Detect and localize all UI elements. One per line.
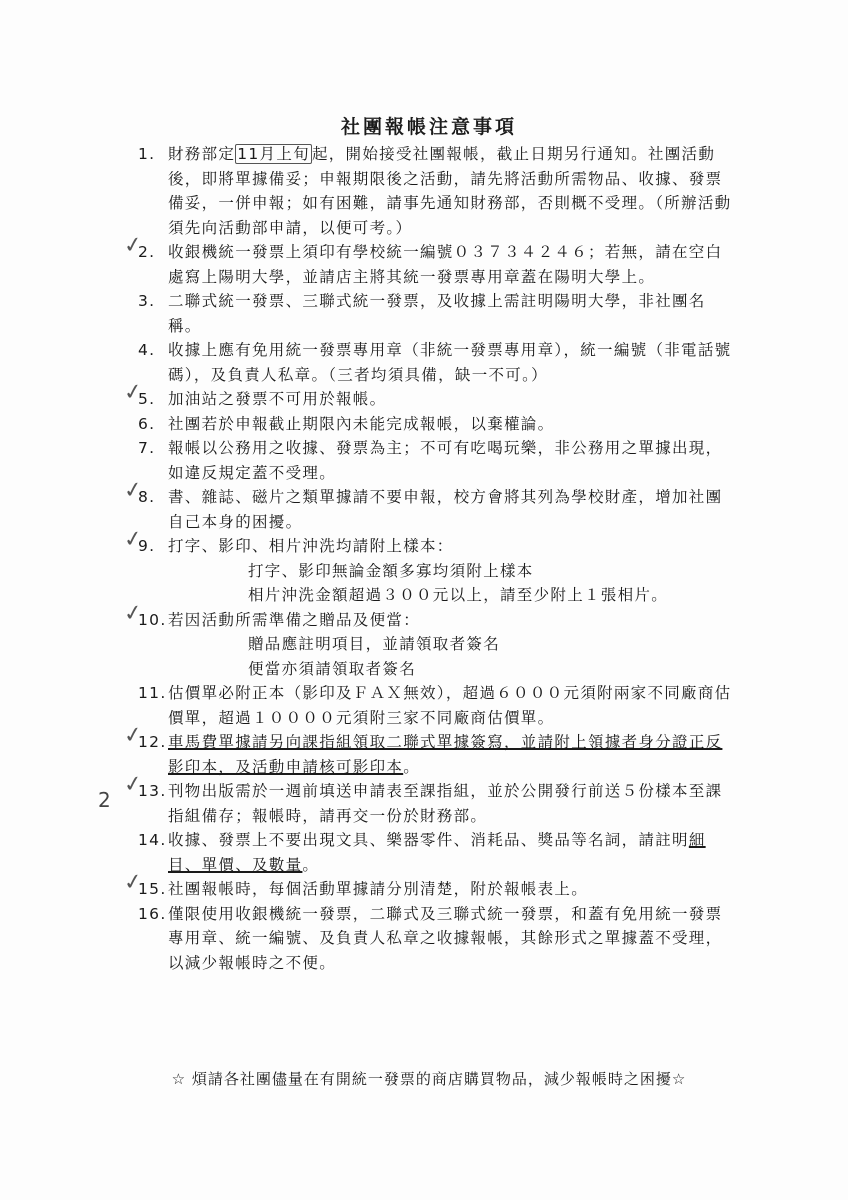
- item-text: 若因活動所需準備之贈品及便當：: [168, 611, 420, 629]
- list-item: ✓ 15. 社團報帳時，每個活動單據請分別清楚，附於報帳表上。: [138, 877, 738, 902]
- list-item: 3. 二聯式統一發票、三聯式統一發票，及收據上需註明陽明大學，非社團名稱。: [138, 289, 738, 338]
- item-number: 10.: [138, 608, 166, 633]
- list-item: 1. 財務部定11月上旬起，開始接受社團報帳，截止日期另行通知。社團活動後，即將…: [138, 142, 738, 240]
- item-number: 12.: [138, 730, 166, 755]
- item-text: 加油站之發票不可用於報帳。: [168, 390, 386, 408]
- list-item: ✓ 5. 加油站之發票不可用於報帳。: [138, 387, 738, 412]
- item-text: 僅限使用收銀機統一發票，二聯式及三聯式統一發票，和蓋有免用統一發票專用章、統一編…: [168, 905, 722, 972]
- item-number: 5.: [138, 387, 166, 412]
- list-item: ✓ 8. 書、雜誌、磁片之類單據請不要申報，校方會將其列為學校財產，增加社團自己…: [138, 485, 738, 534]
- item-number: 6.: [138, 412, 166, 437]
- boxed-date-highlight: 11月上旬: [235, 144, 312, 164]
- item-text: 收據上應有免用統一發票專用章（非統一發票專用章），統一編號（非電話號碼），及負責…: [168, 341, 731, 384]
- list-item: ✓ 9. 打字、影印、相片沖洗均請附上樣本： 打字、影印無論金額多寡均須附上樣本…: [138, 534, 738, 608]
- rules-list: 1. 財務部定11月上旬起，開始接受社團報帳，截止日期另行通知。社團活動後，即將…: [138, 142, 738, 975]
- list-item: 16. 僅限使用收銀機統一發票，二聯式及三聯式統一發票，和蓋有免用統一發票專用章…: [138, 902, 738, 976]
- item-number: 7.: [138, 436, 166, 461]
- item-number: 1.: [138, 142, 166, 167]
- item-number: 15.: [138, 877, 166, 902]
- item-text: 。: [302, 856, 319, 874]
- item-text: 收銀機統一發票上須印有學校統一編號０３７３４２４６；若無，請在空白處寫上陽明大學…: [168, 243, 722, 286]
- item-number: 16.: [138, 902, 166, 927]
- item-number: 9.: [138, 534, 166, 559]
- list-item: 14. 收據、發票上不要出現文具、樂器零件、消耗品、獎品等名詞，請註明細目、單價…: [138, 828, 738, 877]
- list-item: ✓ 10. 若因活動所需準備之贈品及便當： 贈品應註明項目，並請領取者簽名 便當…: [138, 608, 738, 682]
- sub-item: 相片沖洗金額超過３００元以上，請至少附上１張相片。: [168, 583, 738, 608]
- item-text: 社團若於申報截止期限內未能完成報帳，以棄權論。: [168, 415, 554, 433]
- item-number: 14.: [138, 828, 166, 853]
- item-text: 財務部定: [168, 145, 235, 163]
- document-title: 社團報帳注意事項: [0, 112, 848, 139]
- list-item: ✓ 2. 收銀機統一發票上須印有學校統一編號０３７３４２４６；若無，請在空白處寫…: [138, 240, 738, 289]
- list-item: 11. 估價單必附正本（影印及ＦＡＸ無效），超過６０００元須附兩家不同廠商估價單…: [138, 681, 738, 730]
- item-text: 社團報帳時，每個活動單據請分別清楚，附於報帳表上。: [168, 880, 588, 898]
- item-text: 書、雜誌、磁片之類單據請不要申報，校方會將其列為學校財產，增加社團自己本身的困擾…: [168, 488, 722, 531]
- item-text: 。: [403, 758, 420, 776]
- handwritten-margin-note: 2: [98, 788, 111, 812]
- document-page: 社團報帳注意事項 2 1. 財務部定11月上旬起，開始接受社團報帳，截止日期另行…: [0, 0, 848, 1200]
- item-text: 刊物出版需於一週前填送申請表至課指組，並於公開發行前送５份樣本至課指組備存；報帳…: [168, 782, 722, 825]
- list-item: 6. 社團若於申報截止期限內未能完成報帳，以棄權論。: [138, 412, 738, 437]
- item-number: 13.: [138, 779, 166, 804]
- item-text: 收據、發票上不要出現文具、樂器零件、消耗品、獎品等名詞，請註明: [168, 831, 689, 849]
- item-number: 4.: [138, 338, 166, 363]
- item-number: 11.: [138, 681, 166, 706]
- list-item: ✓ 12. 車馬費單據請另向課指組領取二聯式單據簽寫，並請附上領據者身分證正反影…: [138, 730, 738, 779]
- sub-item: 贈品應註明項目，並請領取者簽名: [168, 632, 738, 657]
- sub-item: 便當亦須請領取者簽名: [168, 657, 738, 682]
- item-number: 8.: [138, 485, 166, 510]
- sub-item: 打字、影印無論金額多寡均須附上樣本: [168, 559, 738, 584]
- item-text: 二聯式統一發票、三聯式統一發票，及收據上需註明陽明大學，非社團名稱。: [168, 292, 706, 335]
- list-item: 4. 收據上應有免用統一發票專用章（非統一發票專用章），統一編號（非電話號碼），…: [138, 338, 738, 387]
- item-text: 車馬費單據請另向課指組領取二聯式單據簽寫，並請附上: [168, 733, 588, 751]
- item-text: 報帳以公務用之收據、發票為主；不可有吃喝玩樂，非公務用之單據出現，如違反規定蓋不…: [168, 439, 722, 482]
- item-number: 2.: [138, 240, 166, 265]
- item-text: 估價單必附正本（影印及ＦＡＸ無效），超過６０００元須附兩家不同廠商估價單，超過１…: [168, 684, 731, 727]
- list-item: ✓ 13. 刊物出版需於一週前填送申請表至課指組，並於公開發行前送５份樣本至課指…: [138, 779, 738, 828]
- list-item: 7. 報帳以公務用之收據、發票為主；不可有吃喝玩樂，非公務用之單據出現，如違反規…: [138, 436, 738, 485]
- footer-note: ☆ 煩請各社團儘量在有開統一發票的商店購買物品，減少報帳時之困擾☆: [0, 1068, 848, 1089]
- item-number: 3.: [138, 289, 166, 314]
- item-text: 打字、影印、相片沖洗均請附上樣本：: [168, 537, 454, 555]
